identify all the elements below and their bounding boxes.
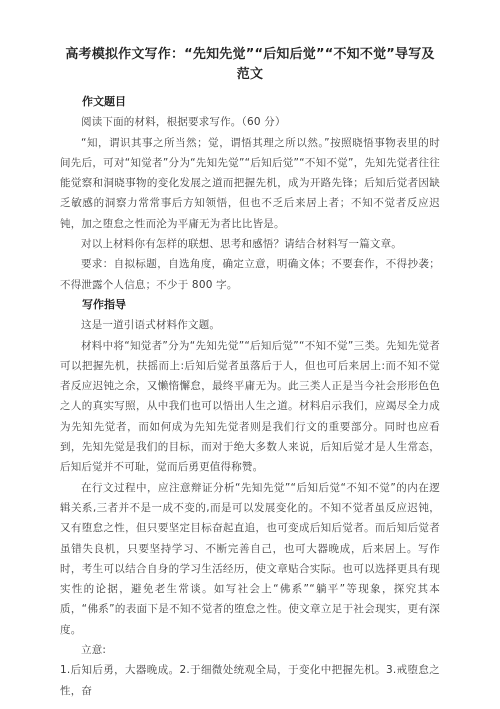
document-content: 高考模拟作文写作：“先知先觉”“后知后觉”“不知不觉”导写及范文 作文题目 阅读… bbox=[0, 0, 500, 701]
paragraph-prompt-question: 对以上材料你有怎样的联想、思考和感悟？请结合材料写一篇文章。 bbox=[60, 234, 440, 254]
paragraph-thesis-label: 立意: bbox=[60, 640, 440, 660]
section-heading-writing-guidance: 写作指导 bbox=[60, 295, 440, 315]
document-title: 高考模拟作文写作：“先知先觉”“后知后觉”“不知不觉”导写及范文 bbox=[60, 45, 440, 85]
paragraph-guidance-analysis: 材料中将“知觉者”分为“先知先觉”“后知后觉”“不知不觉”三类。先知先觉者可以把… bbox=[60, 336, 440, 478]
paragraph-thesis-options: 1.后知后勇，大器晚成。2.于细微处统观全局，于变化中把握先机。3.戒堕怠之性，… bbox=[60, 660, 440, 701]
paragraph-guidance-intro: 这是一道引语式材料作文题。 bbox=[60, 315, 440, 335]
paragraph-requirements: 要求：自拟标题，自选角度，确定立意，明确文体；不要套作，不得抄袭；不得泄露个人信… bbox=[60, 254, 440, 295]
paragraph-guidance-writing-process: 在行文过程中，应注意辩证分析“先知先觉”“后知后觉“不知不觉”的内在逻辑关系,三… bbox=[60, 478, 440, 640]
paragraph-material-quote: “知，谓识其事之所当然；觉，谓悟其理之所以然。”按照晓悟事物表里的时间先后，可对… bbox=[60, 133, 440, 234]
document-page: 高考模拟作文写作：“先知先觉”“后知后觉”“不知不觉”导写及范文 作文题目 阅读… bbox=[0, 0, 500, 709]
paragraph-reading-instruction: 阅读下面的材料，根据要求写作。（60 分） bbox=[60, 112, 440, 132]
section-heading-essay-topic: 作文题目 bbox=[60, 92, 440, 112]
